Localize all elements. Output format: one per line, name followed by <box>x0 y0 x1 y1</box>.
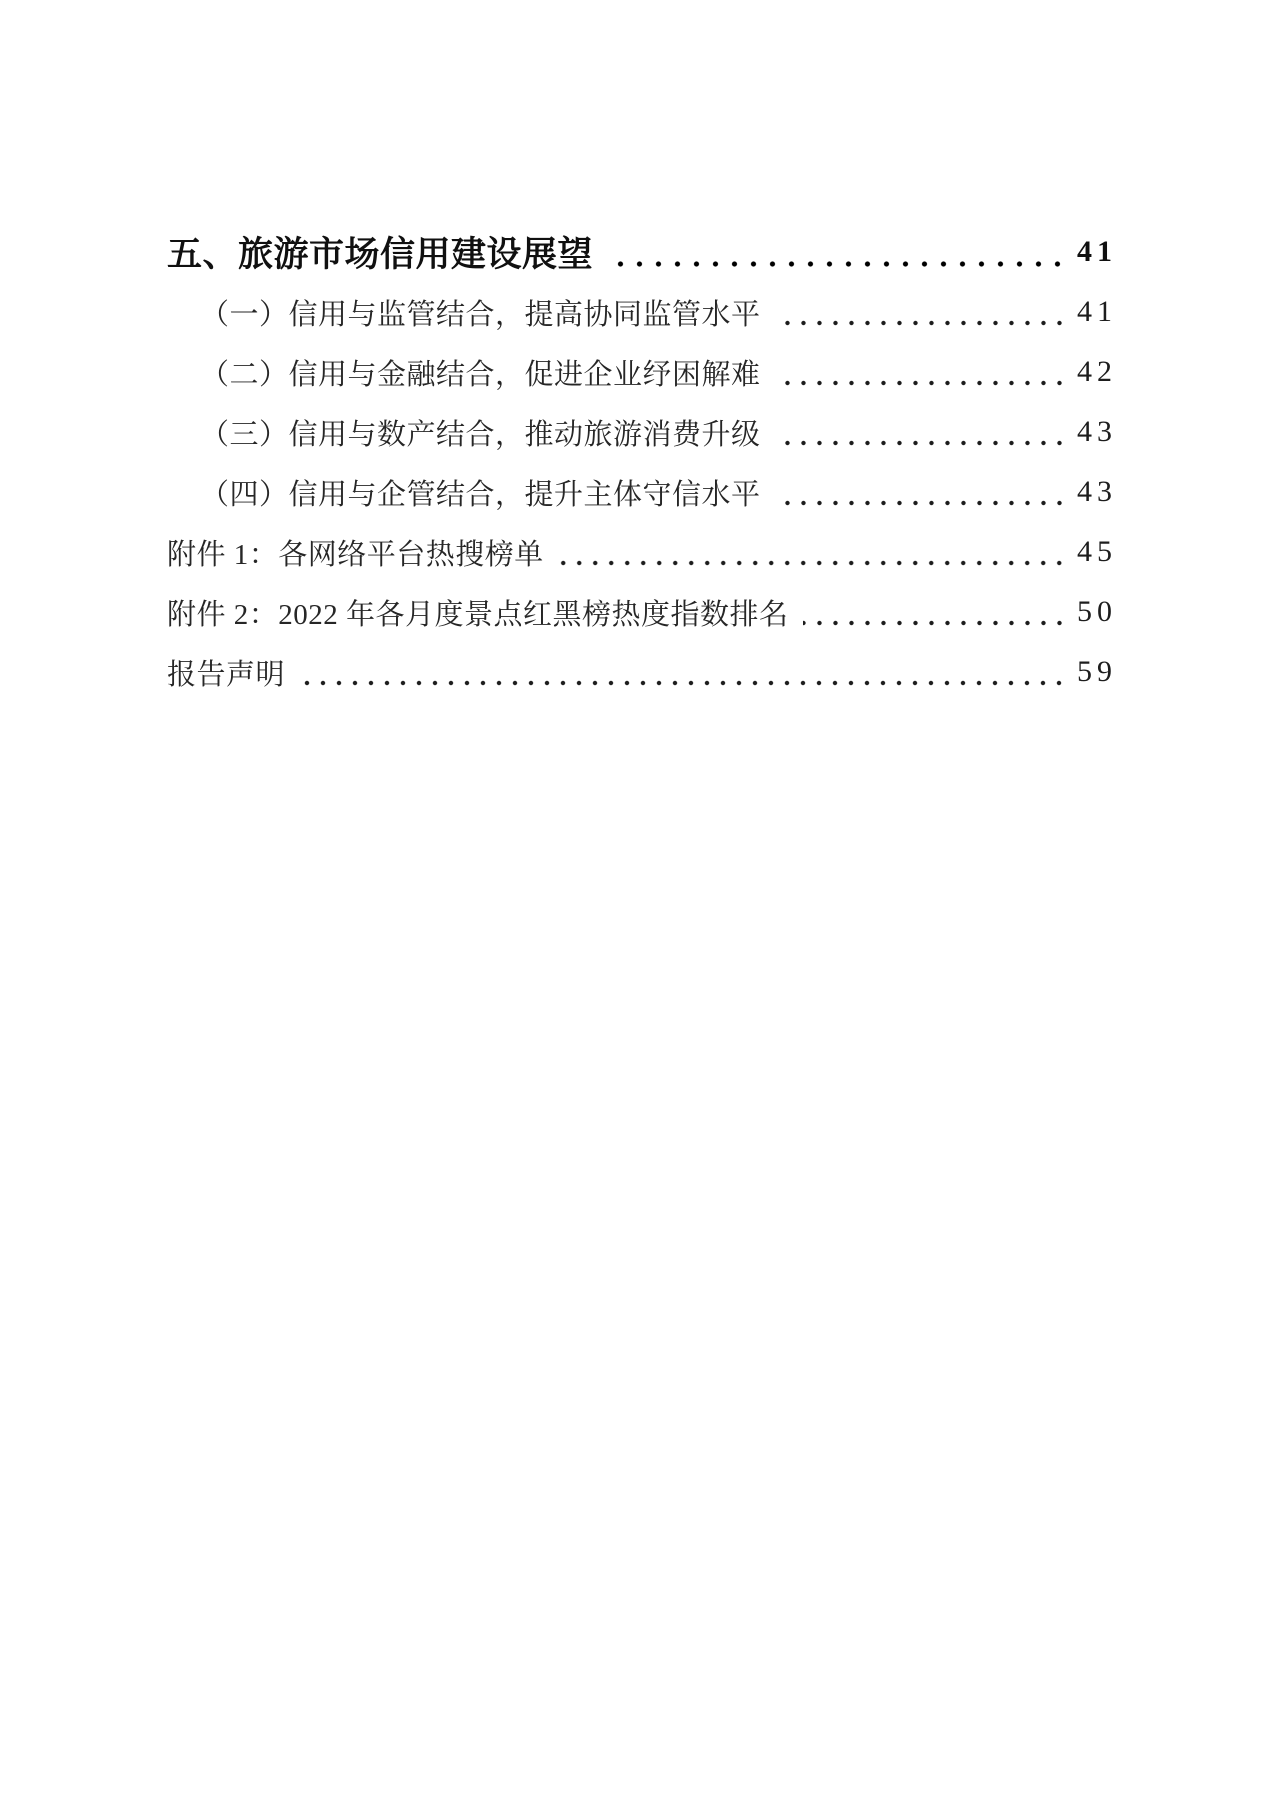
dot-leader <box>607 261 1067 267</box>
toc-entry-page-number: 43 <box>1077 475 1117 509</box>
toc-entry-page-number: 41 <box>1077 235 1117 269</box>
toc-entry-label: （三）信用与数产结合，推动旅游消费升级 <box>200 412 761 453</box>
toc-entry-page-number: 59 <box>1077 655 1117 689</box>
toc-entry-section[interactable]: （三）信用与数产结合，推动旅游消费升级 43 <box>167 402 1112 462</box>
toc-entry-appendix[interactable]: 附件 2：2022 年各月度景点红黑榜热度指数排名 50 <box>167 582 1112 642</box>
toc-entry-label: 附件 2：2022 年各月度景点红黑榜热度指数排名 <box>167 592 789 633</box>
table-of-contents: 五、旅游市场信用建设展望 41 （一）信用与监管结合，提高协同监管水平 41 （… <box>167 222 1112 702</box>
toc-entry-chapter[interactable]: 五、旅游市场信用建设展望 41 <box>167 222 1112 282</box>
dot-leader <box>299 680 1067 686</box>
toc-entry-page-number: 45 <box>1077 535 1117 569</box>
dot-leader <box>775 440 1067 446</box>
dot-leader <box>558 560 1067 566</box>
dot-leader <box>803 620 1067 626</box>
toc-entry-page-number: 42 <box>1077 355 1117 389</box>
toc-entry-appendix[interactable]: 报告声明 59 <box>167 642 1112 702</box>
toc-entry-label: 五、旅游市场信用建设展望 <box>167 227 593 277</box>
toc-entry-label: 报告声明 <box>167 652 285 693</box>
toc-entry-label: （二）信用与金融结合，促进企业纾困解难 <box>200 352 761 393</box>
toc-entry-appendix[interactable]: 附件 1：各网络平台热搜榜单 45 <box>167 522 1112 582</box>
toc-entry-label: （四）信用与企管结合，提升主体守信水平 <box>200 472 761 513</box>
toc-entry-label: 附件 1：各网络平台热搜榜单 <box>167 532 544 573</box>
document-page: 五、旅游市场信用建设展望 41 （一）信用与监管结合，提高协同监管水平 41 （… <box>0 0 1280 1810</box>
toc-entry-section[interactable]: （一）信用与监管结合，提高协同监管水平 41 <box>167 282 1112 342</box>
toc-entry-page-number: 50 <box>1077 595 1117 629</box>
toc-entry-label: （一）信用与监管结合，提高协同监管水平 <box>200 292 761 333</box>
toc-entry-section[interactable]: （二）信用与金融结合，促进企业纾困解难 42 <box>167 342 1112 402</box>
toc-entry-page-number: 43 <box>1077 415 1117 449</box>
dot-leader <box>775 380 1067 386</box>
toc-entry-section[interactable]: （四）信用与企管结合，提升主体守信水平 43 <box>167 462 1112 522</box>
dot-leader <box>775 320 1067 326</box>
dot-leader <box>775 500 1067 506</box>
toc-entry-page-number: 41 <box>1077 295 1117 329</box>
